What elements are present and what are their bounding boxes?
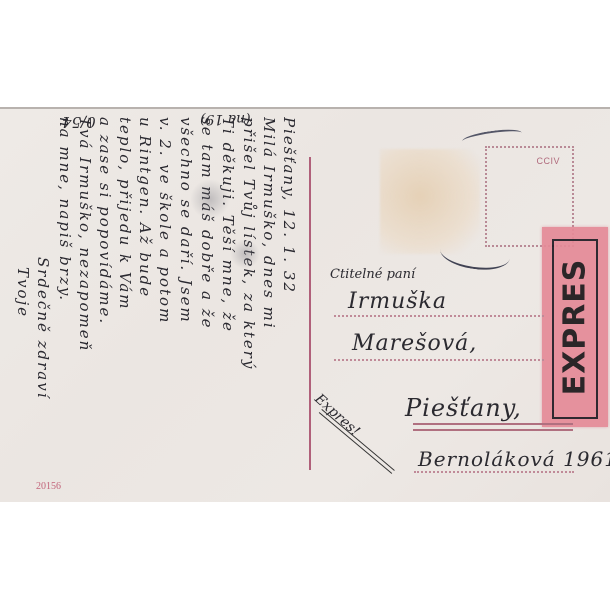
message-line: v. 2. ve škole a potom — [152, 117, 174, 497]
address-last-name: Marešová, — [352, 331, 477, 356]
serial-number: 20156 — [36, 481, 61, 492]
address-salutation: Ctitelné paní — [330, 267, 415, 282]
address-line — [414, 471, 574, 473]
address-street: Bernoláková 1961. — [418, 447, 610, 471]
postmark-mark — [461, 127, 522, 147]
message-line: Srdečně zdraví — [30, 257, 52, 457]
message-line: Ti děkuji. Těší mne, že — [215, 117, 237, 497]
message-line: Piešťany, 12. 1. 32 — [276, 117, 298, 497]
message-line: a zase si popovídáme. — [92, 117, 114, 497]
address-city: Piešťany, — [405, 394, 522, 422]
vertical-divider — [309, 157, 311, 470]
message-line: u Rintgen. Až bude — [132, 117, 154, 497]
ink-smudge — [230, 239, 260, 269]
express-label: EXPRES — [542, 227, 608, 427]
message-line: Tvá Irmuško, nezapomeň — [72, 117, 94, 497]
address-line-double — [413, 423, 573, 431]
message-line: všechno se daří. Jsem — [173, 117, 195, 497]
express-label-text: EXPRES — [558, 259, 593, 396]
postcard: Piešťany, 12. 1. 32 Milá Irmuško, dnes m… — [0, 107, 610, 502]
address-first-name: Irmuška — [348, 289, 447, 314]
ink-smudge — [190, 179, 230, 219]
message-line: Tvoje — [10, 267, 32, 387]
express-note-underline — [319, 409, 395, 474]
handwritten-message: Piešťany, 12. 1. 32 Milá Irmuško, dnes m… — [8, 117, 304, 497]
express-note: Expres! — [311, 391, 362, 440]
address-line — [334, 359, 544, 361]
address-line — [334, 315, 544, 317]
message-header-note: 0/54 — [62, 113, 96, 131]
message-line: Milá Irmuško, dnes mi — [256, 117, 278, 497]
stamp-box-code: CCIV — [536, 156, 560, 166]
message-header: (na 19) — [200, 111, 251, 127]
message-line: na mne, napiš brzy. — [52, 117, 74, 497]
message-line: přišel Tvůj lístek, za který — [236, 117, 258, 497]
message-line: se tam máš dobře a že — [194, 117, 216, 497]
message-line: teplo, přijedu k Vám — [112, 117, 134, 497]
